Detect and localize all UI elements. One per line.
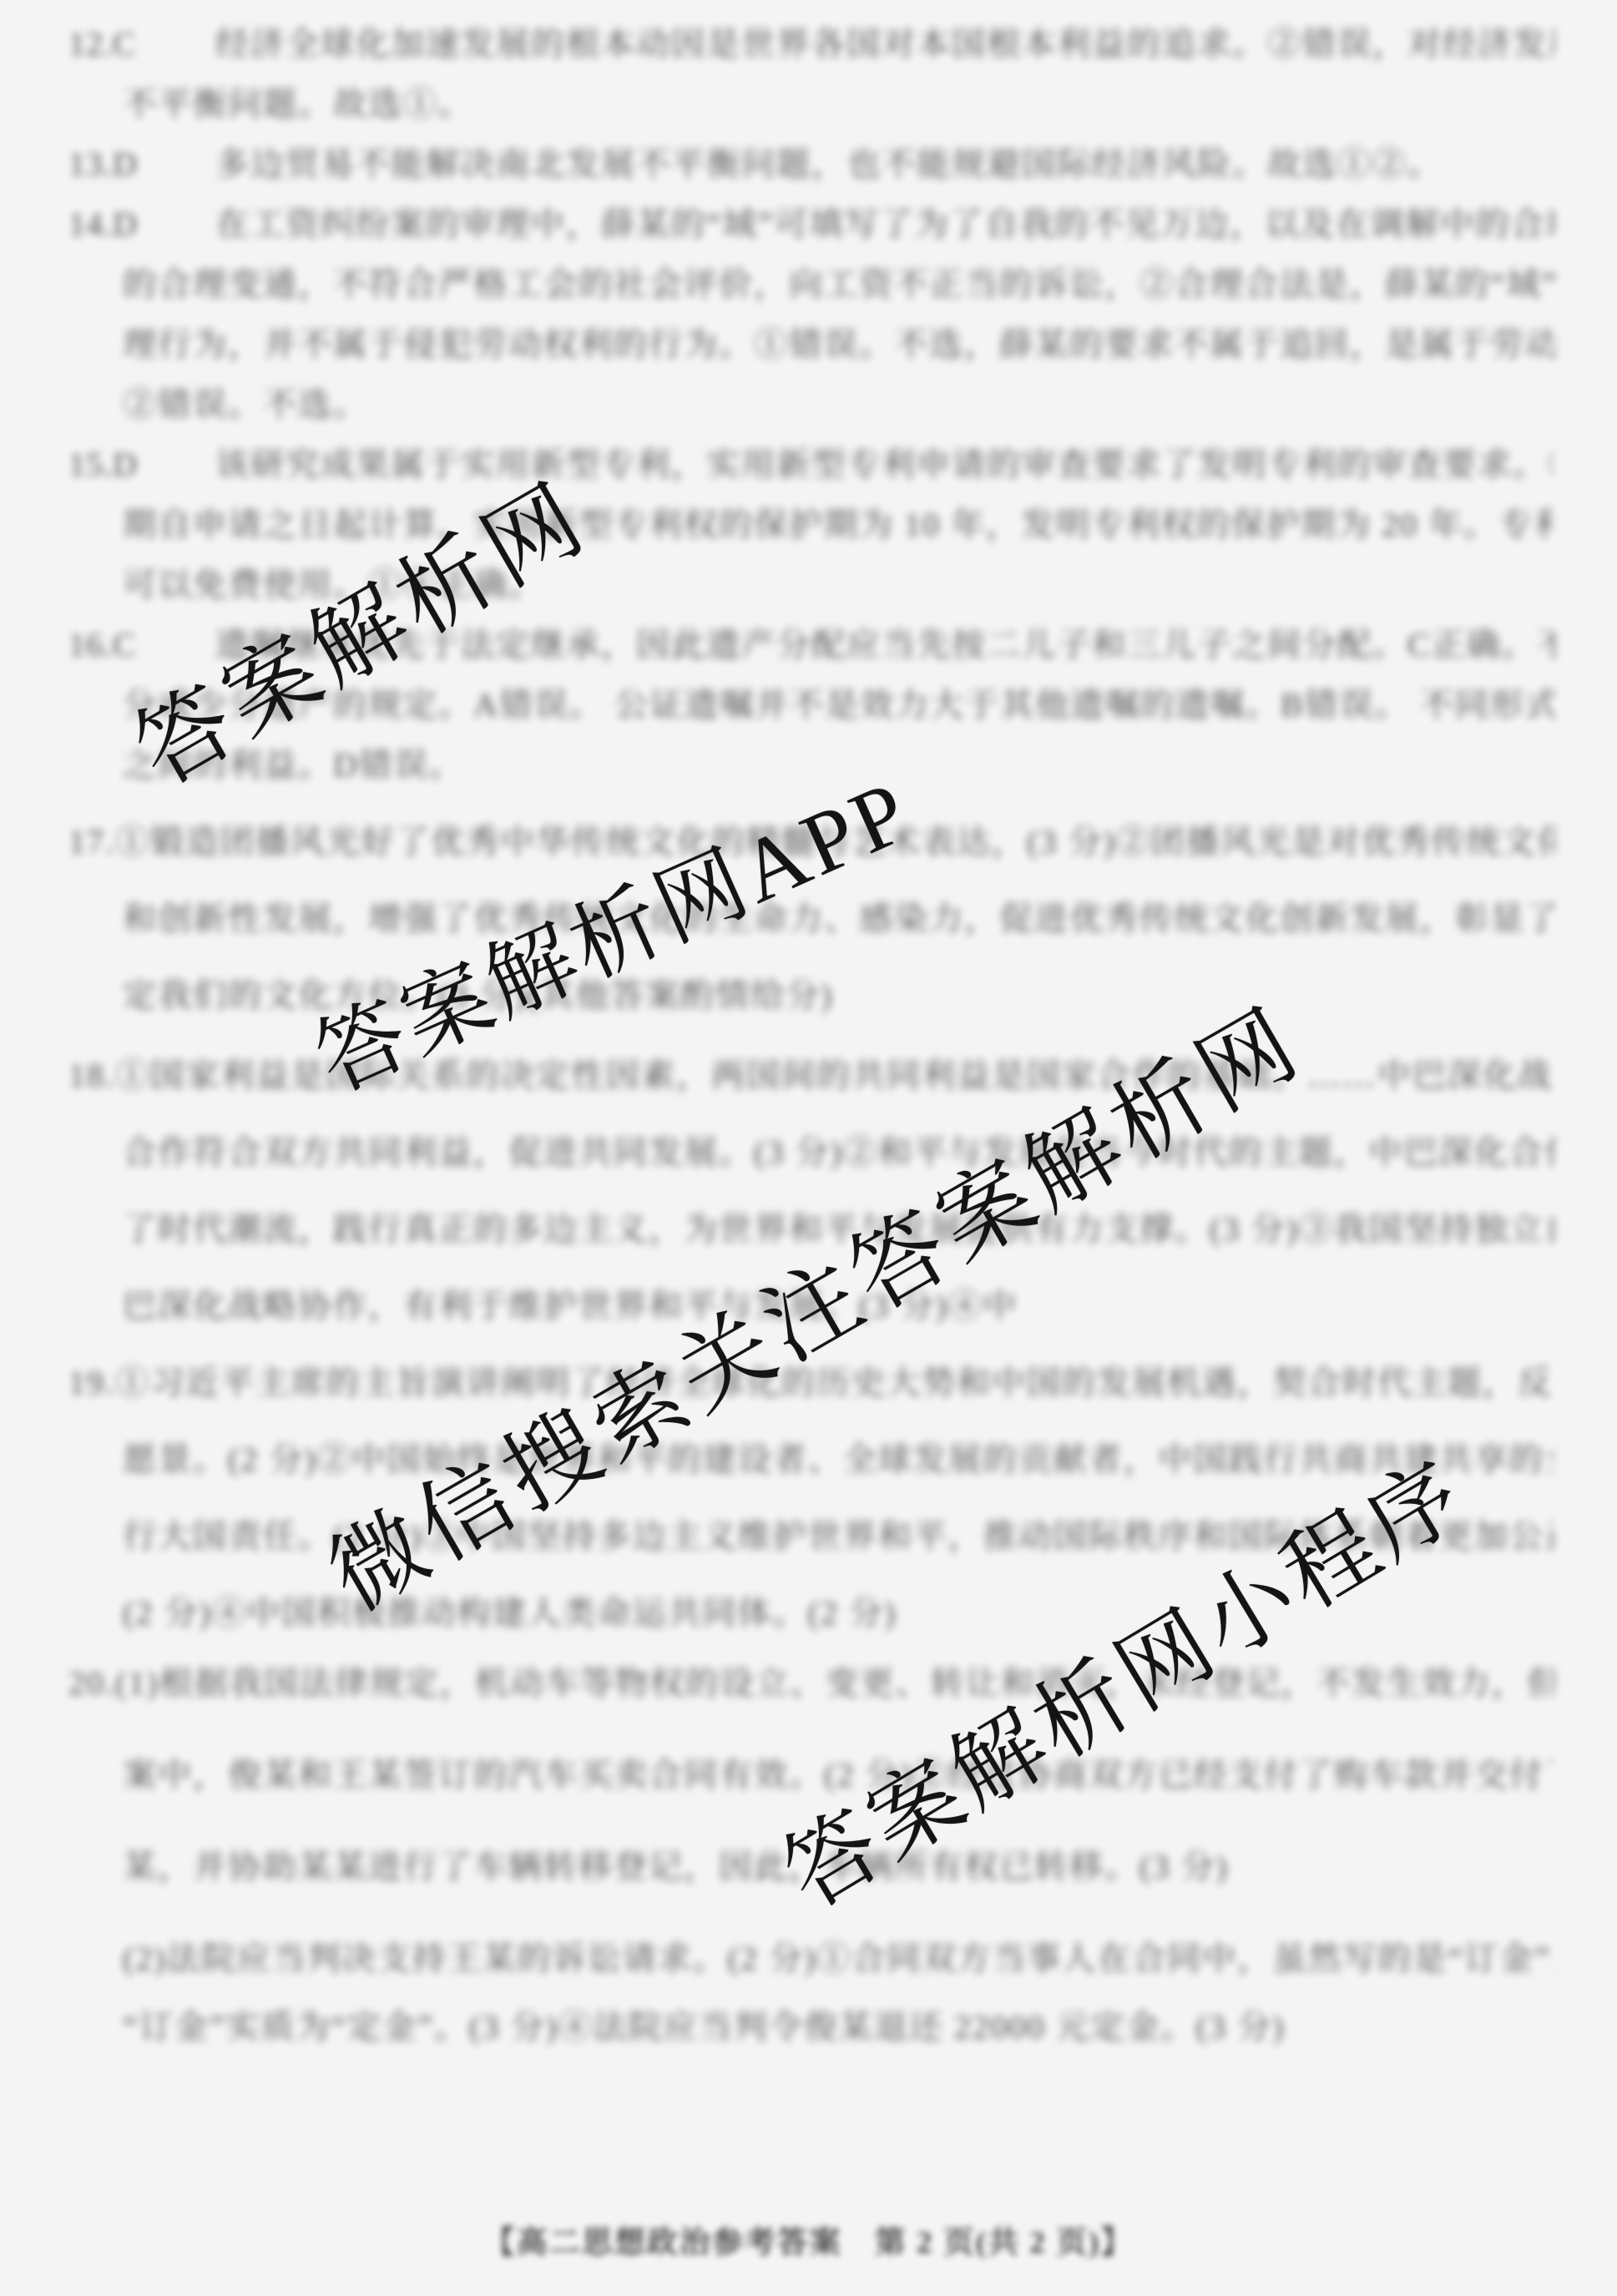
item-text: 在工资纠纷案的审理中，薛某的“域”可填写了为了自我的不见万边，以及在调解中的合理…	[215, 205, 1554, 243]
answer-line: 15.D该研究成果属于实用新型专利，实用新型专利申请的审查要求了发明专利的审查要…	[68, 445, 1554, 484]
answer-line: 案中，俊某和王某签订的汽车买卖合同有效。(2 分)②经过协商双方已经支付了购车款…	[123, 1755, 1554, 1794]
answer-line: 不平衡问题。故选①。	[123, 84, 473, 124]
answer-line: 理行为，并不属于侵犯劳动权利的行为。①错误。不选，薛某的要求不属于追回，是属于劳…	[123, 325, 1554, 364]
item-text: 经济全球化加速发展的根本动因是世界各国对本国根本利益的追求。②错误，对经济发展不…	[215, 25, 1554, 63]
item-number: 12.C	[68, 24, 215, 63]
answer-line: “订金”实质为“定金”。(3 分)④法院应当判令俊某退还 22000 元定金。(…	[123, 2007, 1285, 2046]
item-number: 13.D	[68, 144, 215, 184]
page-footer: 【高二思想政治参考答案 第 2 页(共 2 页)】	[0, 2217, 1617, 2262]
item-number: 16.C	[68, 625, 215, 664]
answer-line: 12.C经济全球化加速发展的根本动因是世界各国对本国根本利益的追求。②错误，对经…	[68, 24, 1554, 63]
item-number: 15.D	[68, 445, 215, 484]
item-text: 多边贸易不能解决南北发展不平衡问题，也不能规避国际经济风险。故选①②。	[215, 145, 1443, 183]
answer-line: 愿景。(2 分)②中国始终是世界和平的建设者、全球发展的贡献者，中国践行共商共建…	[123, 1440, 1554, 1479]
answer-line: 20.(1)根据我国法律规定，机动车等物权的设立、变更、转让和消灭，未经登记，不…	[68, 1663, 1554, 1703]
answer-line: 和创新性发展，增强了优秀传统文化的生命力、感染力，促进优秀传统文化创新发展，彰显…	[123, 899, 1554, 938]
answer-line: 18.①国家利益是国际关系的决定性因素，两国间的共同利益是国家合作的基础。……中…	[68, 1056, 1554, 1095]
answer-line: 期自申请之日起计算，实用新型专利权的保护期为 10 年，发明专利权的保护期为 2…	[123, 505, 1554, 544]
answer-line: 的合理变通，不符合严格工会的社会评价，向工资不正当的诉讼，②合理合法是，薛某的“…	[123, 265, 1554, 304]
answer-line: 合作符合双方共同利益，促进共同发展。(3 分)②和平与发展是当今时代的主题，中巴…	[123, 1133, 1554, 1172]
answer-line: 某，并协助某某进行了车辆转移登记，因此，车辆所有权已转移。(3 分)	[123, 1847, 1229, 1886]
item-text: 该研究成果属于实用新型专利，实用新型专利申请的审查要求了发明专利的审查要求。①正…	[215, 446, 1554, 483]
answer-line: (2)法院应当判决支持王某的诉讼请求。(2 分)①合同双方当事人在合同中，虽然写…	[123, 1939, 1554, 1978]
answer-line: 14.D在工资纠纷案的审理中，薛某的“域”可填写了为了自我的不见万边，以及在调解…	[68, 204, 1554, 244]
item-number: 14.D	[68, 204, 215, 244]
answer-line: (2 分)④中国积极推动构建人类命运共同体。(2 分)	[123, 1593, 897, 1632]
answer-line: 13.D多边贸易不能解决南北发展不平衡问题，也不能规避国际经济风险。故选①②。	[68, 144, 1443, 184]
answer-line: ②错误。不选。	[123, 385, 368, 424]
document-page: 12.C经济全球化加速发展的根本动因是世界各国对本国根本利益的追求。②错误，对经…	[0, 0, 1617, 2296]
